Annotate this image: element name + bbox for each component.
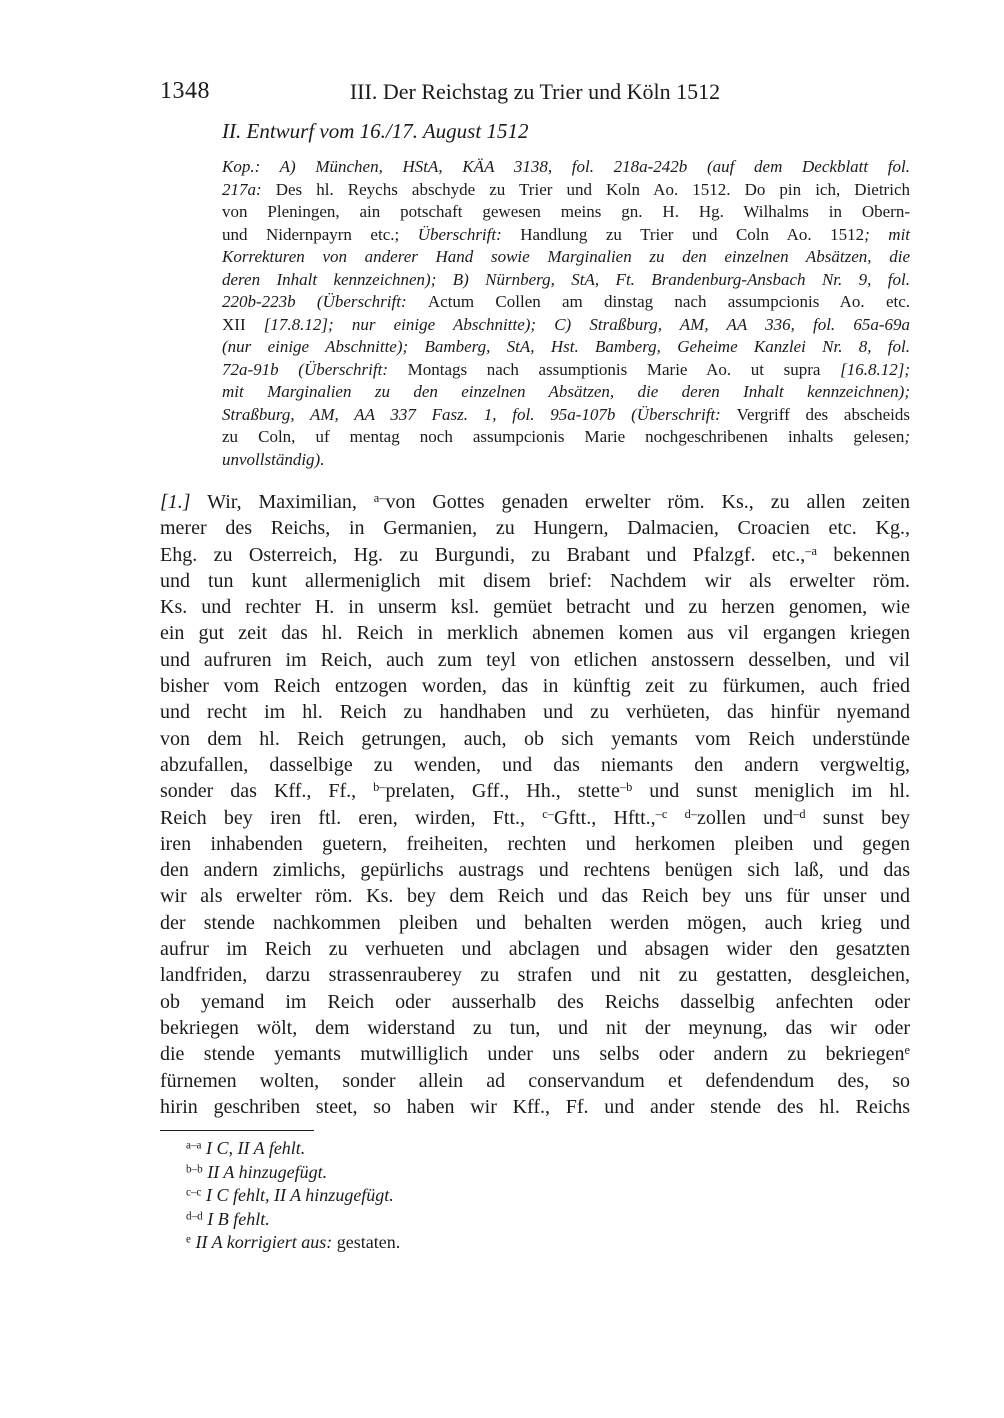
text-line: d–d I B fehlt. [160,1208,910,1232]
text-line: Ehg. zu Osterreich, Hg. zu Burgundi, zu … [160,542,910,568]
text-line: fürnemen wolten, sonder allein ad conser… [160,1068,910,1094]
text-line: b–b II A hinzugefügt. [160,1161,910,1185]
text-line: 217a: Des hl. Reychs abschyde zu Trier u… [222,179,910,202]
text-line: unvollständig). [222,449,910,472]
text-line: hirin geschriben steet, so haben wir Kff… [160,1094,910,1120]
text-line: 72a-91b (Überschrift: Montags nach assum… [222,359,910,382]
page-header: 1348 III. Der Reichstag zu Trier und Köl… [160,78,910,106]
text-line: bisher vom Reich entzogen worden, das in… [160,673,910,699]
text-line: Ks. und rechter H. in unserm ksl. gemüet… [160,594,910,620]
text-line: von dem hl. Reich getrungen, auch, ob si… [160,726,910,752]
text-line: merer des Reichs, in Germanien, zu Hunge… [160,515,910,541]
main-text-block: [1.] Wir, Maximilian, a–von Gottes genad… [160,489,910,1120]
source-apparatus-block: Kop.: A) München, HStA, KÄA 3138, fol. 2… [222,156,910,471]
text-line: c–c I C fehlt, II A hinzugefügt. [160,1184,910,1208]
footnotes-block: a–a I C, II A fehlt.b–b II A hinzugefügt… [160,1137,910,1255]
text-line: Straßburg, AM, AA 337 Fasz. 1, fol. 95a-… [222,404,910,427]
text-line: a–a I C, II A fehlt. [160,1137,910,1161]
text-line: den andern zimlichs, gepürlichs austrags… [160,857,910,883]
text-line: die stende yemants mutwilliglich under u… [160,1041,910,1067]
text-line: XII [17.8.12]; nur einige Abschnitte); C… [222,314,910,337]
running-head: III. Der Reichstag zu Trier und Köln 151… [160,79,910,105]
text-line: iren inhabenden guetern, freiheiten, rec… [160,831,910,857]
text-line: und Nidernpayrn etc.; Überschrift: Handl… [222,224,910,247]
text-line: zu Coln, uf mentag noch assumpcionis Mar… [222,426,910,449]
book-page: 1348 III. Der Reichstag zu Trier und Köl… [0,0,1004,1418]
text-line: Reich bey iren ftl. eren, wirden, Ftt., … [160,805,910,831]
text-line: [1.] Wir, Maximilian, a–von Gottes genad… [160,489,910,515]
text-line: ein gut zeit das hl. Reich in merklich a… [160,620,910,646]
text-line: mit Marginalien zu den einzelnen Absätze… [222,381,910,404]
text-line: abzufallen, dasselbige zu wenden, und da… [160,752,910,778]
footnote-rule [160,1130,314,1131]
text-line: landfriden, darzu strassenrauberey zu st… [160,962,910,988]
text-line: (nur einige Abschnitte); Bamberg, StA, H… [222,336,910,359]
text-line: Kop.: A) München, HStA, KÄA 3138, fol. 2… [222,156,910,179]
text-line: der stende nachkommen pleiben und behalt… [160,910,910,936]
text-line: wir als erwelter röm. Ks. bey dem Reich … [160,883,910,909]
text-line: und tun kunt allermeniglich mit disem br… [160,568,910,594]
text-line: und recht im hl. Reich zu handhaben und … [160,699,910,725]
text-line: von Pleningen, ain potschaft gewesen mei… [222,201,910,224]
text-line: deren Inhalt kennzeichnen); B) Nürnberg,… [222,269,910,292]
text-line: bekriegen wölt, dem widerstand zu tun, u… [160,1015,910,1041]
text-line: 220b-223b (Überschrift: Actum Collen am … [222,291,910,314]
text-line: aufrur im Reich zu verhueten und abclage… [160,936,910,962]
text-line: ob yemand im Reich oder ausserhalb des R… [160,989,910,1015]
text-line: sonder das Kff., Ff., b–prelaten, Gff., … [160,778,910,804]
text-line: e II A korrigiert aus: gestaten. [160,1231,910,1255]
section-heading: II. Entwurf vom 16./17. August 1512 [222,119,528,144]
text-line: Korrekturen von anderer Hand sowie Margi… [222,246,910,269]
text-line: und aufruren im Reich, auch zum teyl von… [160,647,910,673]
